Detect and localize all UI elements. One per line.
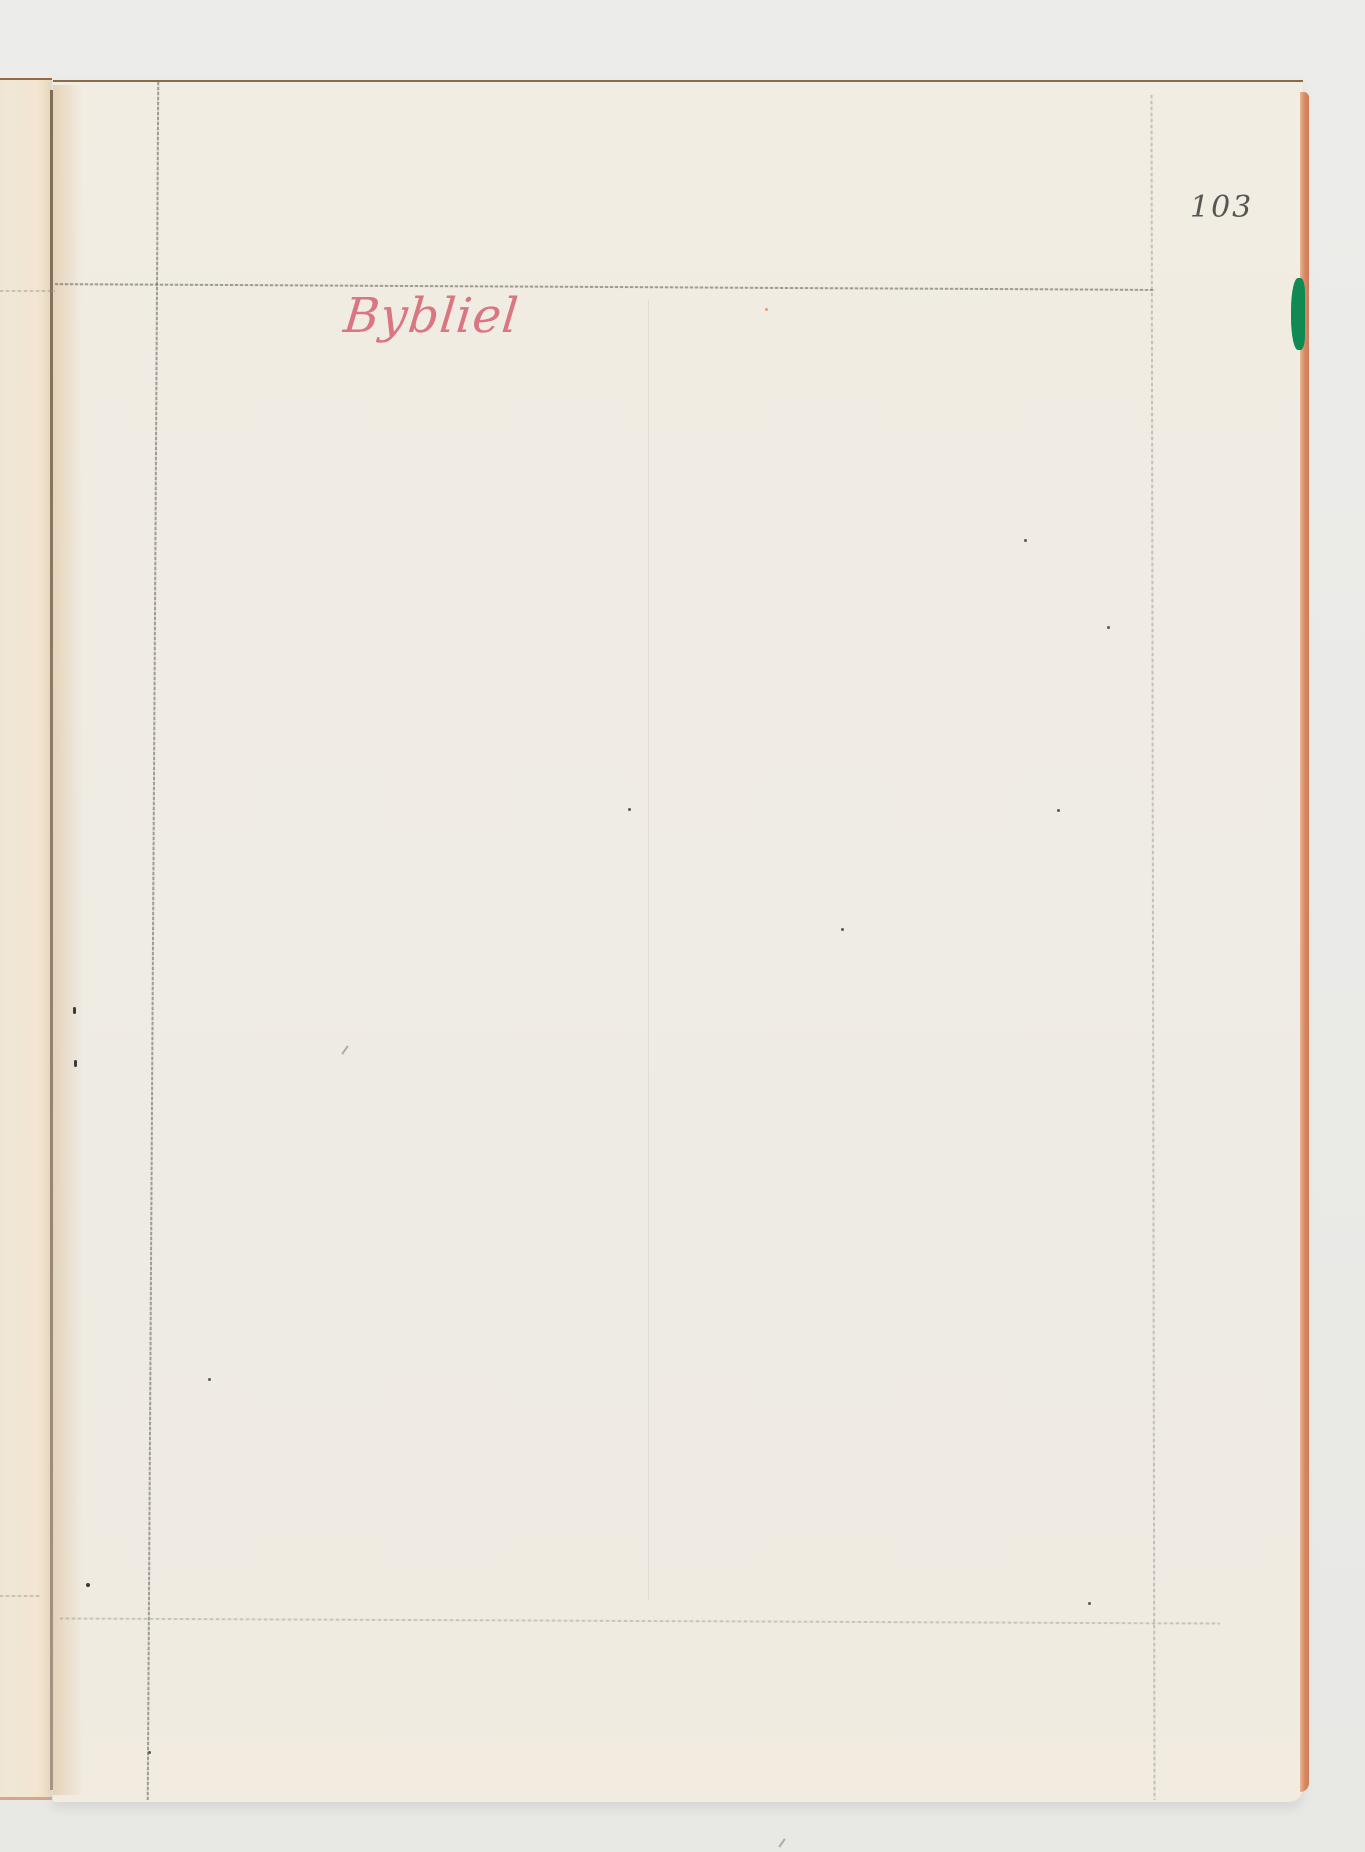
faint-center-crease (648, 300, 649, 1600)
ink-speck (74, 1060, 77, 1067)
ink-speck (1057, 809, 1060, 812)
left-page-top-rule (0, 290, 55, 292)
left-page-bottom-edge (0, 1797, 52, 1800)
gutter-shadow (53, 85, 83, 1795)
ink-speck (841, 928, 844, 931)
ink-speck (765, 308, 768, 311)
left-facing-page-edge (0, 78, 52, 1800)
ink-speck (628, 808, 631, 811)
ink-speck (148, 1751, 151, 1754)
left-page-bottom-rule (0, 1595, 40, 1597)
ink-speck (1107, 626, 1110, 629)
page-number: 103 (1190, 190, 1253, 225)
ink-speck (1024, 539, 1027, 542)
spine-gutter-line (50, 90, 53, 1790)
ink-speck (208, 1378, 211, 1381)
ink-speck (73, 1007, 76, 1014)
green-tab-marker (1291, 278, 1305, 350)
notebook-page (53, 80, 1303, 1802)
pencil-stray-mark (778, 1838, 785, 1847)
scanned-notebook-spread: Bybliel 103 (0, 0, 1365, 1852)
page-heading: Bybliel (341, 288, 521, 344)
ink-speck (1088, 1602, 1091, 1605)
ink-speck (86, 1583, 90, 1587)
